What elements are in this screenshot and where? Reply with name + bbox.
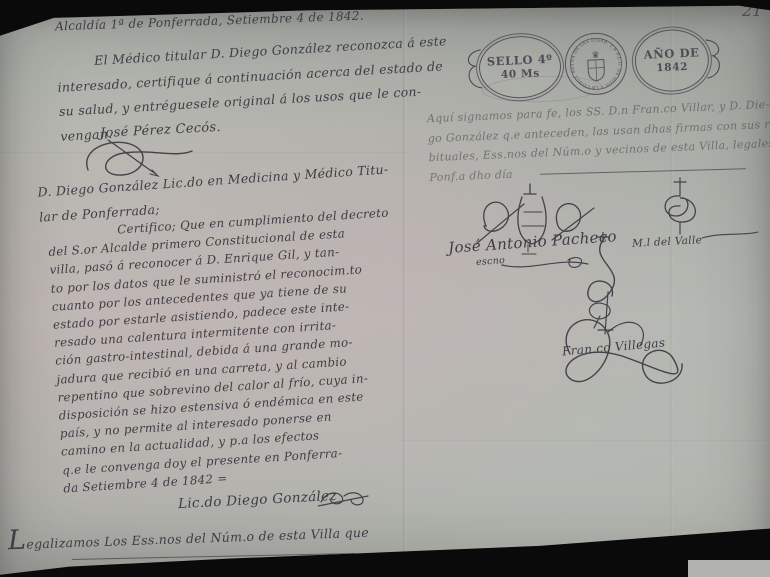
right-horizontal-crease [400,440,770,443]
stamp-year-oval: AÑO DE 1842 [634,28,711,93]
stamp-scrollwork-icon [702,35,726,82]
rubric-flourish [318,488,370,510]
medic-signature: Lic.do Diego González [178,488,337,512]
rubric-flourish [700,228,760,242]
photo-backdrop: 21 Alcaldía 1ª de Ponferrada, Setiembre … [0,0,770,577]
valle-signature: M.l del Valle [632,234,703,250]
document-paper: 21 Alcaldía 1ª de Ponferrada, Setiembre … [0,0,770,577]
folio-number: 21 [742,1,762,20]
stamp-year-label: AÑO DE [643,47,699,63]
legalization-note: Legalizamos Los Ess.nos del Núm.o de est… [8,524,369,553]
certificate-body: Certifico; Que en cumplimiento del decre… [47,204,405,498]
left-horizontal-crease [0,152,410,155]
dateline: Alcaldía 1ª de Ponferrada, Setiembre 4 d… [55,9,364,34]
ink-rule [72,553,354,560]
table-surface [688,560,770,577]
stamp-crest-medallion: ISAB. 2.A P.L.G. DE DIOS Y LA CONST. REY… [559,22,632,105]
stamp-denomination-oval: SELLO 4º 40 Ms [478,34,563,100]
stamp-year-value: 1842 [656,60,688,73]
stamp-value-text: 40 Ms [501,67,540,81]
